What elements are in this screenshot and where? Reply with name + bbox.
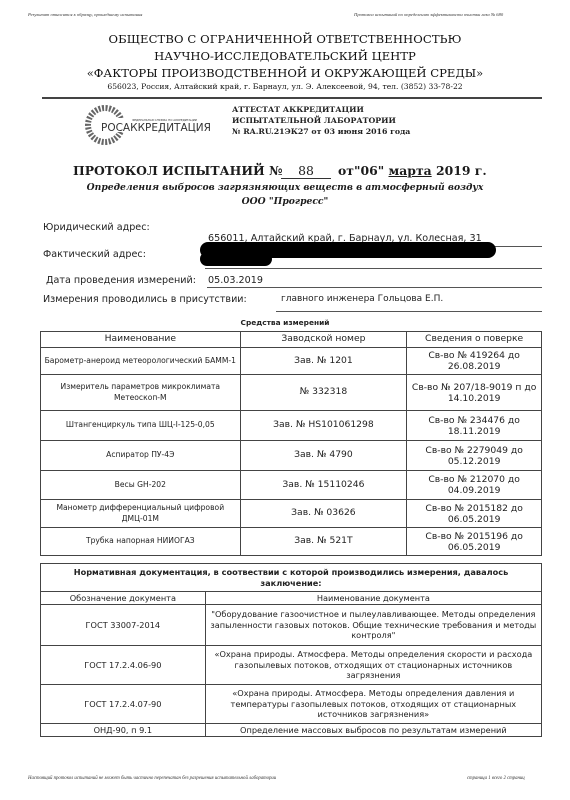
instrument-name: Весы GH-202 — [41, 471, 241, 500]
legal-address-label: Юридический адрес: — [43, 222, 150, 233]
doc-code: ГОСТ 33007-2014 — [41, 605, 206, 646]
instrument-serial: Зав. № 03626 — [240, 500, 407, 528]
instrument-serial: Зав. № 521Т — [240, 528, 407, 556]
doc-title: «Охрана природы. Атмосфера. Методы опред… — [205, 646, 541, 685]
header-divider — [42, 97, 542, 99]
doc-code: ГОСТ 17.2.4.06-90 — [41, 646, 206, 685]
instruments-table: Наименование Заводской номер Сведения о … — [40, 331, 542, 556]
col-header-serial: Заводской номер — [240, 332, 407, 348]
normative-header-row: Обозначение документа Наименование докум… — [41, 592, 542, 605]
page-counter: страница 1 всего 2 страниц — [467, 776, 525, 781]
accreditation-line-1: АТТЕСТАТ АККРЕДИТАЦИИ — [232, 104, 410, 115]
logo-emblem-icon: ФЕДЕРАЛЬНАЯ СЛУЖБА ПО АККРЕДИТАЦИИ РОСАК… — [84, 104, 214, 146]
org-line-3: «ФАКТОРЫ ПРОИЗВОДСТВЕННОЙ И ОКРУЖАЮЩЕЙ С… — [0, 66, 570, 80]
table-row: Измеритель параметров микроклимата Метео… — [41, 375, 542, 411]
normative-caption: Нормативная документация, в соотвествии … — [41, 564, 542, 592]
instrument-verification: Св-во № 207/18-9019 п до 14.10.2019 — [407, 375, 542, 411]
presence-label: Измерения проводились в присутствии: — [43, 294, 247, 305]
protocol-day: "06" — [354, 163, 384, 178]
doc-title: Определение массовых выбросов по результ… — [205, 724, 541, 737]
table-row: ГОСТ 17.2.4.07-90 «Охрана природы. Атмос… — [41, 685, 542, 724]
protocol-company: ООО "Прогресс" — [0, 196, 570, 207]
org-line-1: ОБЩЕСТВО С ОГРАНИЧЕННОЙ ОТВЕТСТВЕННОСТЬЮ — [0, 32, 570, 46]
table-row: ОНД-90, п 9.1 Определение массовых выбро… — [41, 724, 542, 737]
table-row: Весы GH-202 Зав. № 15110246 Св-во № 2120… — [41, 471, 542, 500]
table-row: Аспиратор ПУ-4Э Зав. № 4790 Св-во № 2279… — [41, 441, 542, 471]
protocol-number: 88 — [281, 163, 331, 179]
protocol-from: от — [338, 163, 354, 178]
instrument-verification: Св-во № 2279049 до 05.12.2019 — [407, 441, 542, 471]
protocol-year: 2019 г. — [436, 163, 487, 178]
instrument-name: Измеритель параметров микроклимата Метео… — [41, 375, 241, 411]
accreditation-block: АТТЕСТАТ АККРЕДИТАЦИИ ИСПЫТАТЕЛЬНОЙ ЛАБО… — [232, 104, 410, 137]
protocol-month: марта — [388, 163, 431, 178]
rosaccreditation-logo: ФЕДЕРАЛЬНАЯ СЛУЖБА ПО АККРЕДИТАЦИИ РОСАК… — [84, 104, 214, 146]
col-header-verification: Сведения о поверке — [407, 332, 542, 348]
doc-title: "Оборудование газоочистное и пылеулавлив… — [205, 605, 541, 646]
instrument-verification: Св-во № 2015196 до 06.05.2019 — [407, 528, 542, 556]
instrument-serial: Зав. № 15110246 — [240, 471, 407, 500]
table-row: Манометр дифференциальный цифровой ДМЦ-0… — [41, 500, 542, 528]
doc-code: ОНД-90, п 9.1 — [41, 724, 206, 737]
header-note-right: Протокол испытаний по определению эффект… — [354, 12, 503, 17]
redacted-address-tail — [200, 252, 272, 266]
presence-underline — [276, 311, 542, 312]
instrument-verification: Св-во № 419264 до 26.08.2019 — [407, 348, 542, 375]
instrument-serial: Зав. № HS101061298 — [240, 411, 407, 441]
table-row: Трубка напорная НИИОГАЗ Зав. № 521Т Св-в… — [41, 528, 542, 556]
presence-value: главного инженера Гольцова Е.П. — [281, 294, 443, 304]
svg-text:РОСАККРЕДИТАЦИЯ: РОСАККРЕДИТАЦИЯ — [101, 122, 211, 134]
instrument-name: Штангенциркуль типа ШЦ-I-125-0,05 — [41, 411, 241, 441]
col-header-doc-code: Обозначение документа — [41, 592, 206, 605]
instrument-name: Манометр дифференциальный цифровой ДМЦ-0… — [41, 500, 241, 528]
actual-address-underline — [205, 268, 542, 269]
normative-caption-row: Нормативная документация, в соотвествии … — [41, 564, 542, 592]
table-row: ГОСТ 33007-2014 "Оборудование газоочистн… — [41, 605, 542, 646]
instruments-header-row: Наименование Заводской номер Сведения о … — [41, 332, 542, 348]
actual-address-label: Фактический адрес: — [43, 249, 146, 260]
measurement-date-value: 05.03.2019 — [208, 275, 263, 286]
col-header-name: Наименование — [41, 332, 241, 348]
org-line-2: НАУЧНО-ИССЛЕДОВАТЕЛЬСКИЙ ЦЕНТР — [0, 49, 570, 63]
protocol-date: "06" марта 2019 г. — [354, 163, 487, 178]
instrument-serial: Зав. № 4790 — [240, 441, 407, 471]
measurement-date-label: Дата проведения измерений: — [46, 275, 196, 286]
instrument-name: Аспиратор ПУ-4Э — [41, 441, 241, 471]
org-address: 656023, Россия, Алтайский край, г. Барна… — [0, 82, 570, 91]
instrument-name: Трубка напорная НИИОГАЗ — [41, 528, 241, 556]
instrument-serial: № 332318 — [240, 375, 407, 411]
instrument-name: Барометр-анероид метеорологический БАММ-… — [41, 348, 241, 375]
doc-code: ГОСТ 17.2.4.07-90 — [41, 685, 206, 724]
doc-title: «Охрана природы. Атмосфера. Методы опред… — [205, 685, 541, 724]
footer-note: Настоящий протокол испытаний не может бы… — [28, 776, 276, 781]
instrument-verification: Св-во № 212070 до 04.09.2019 — [407, 471, 542, 500]
instrument-verification: Св-во № 2015182 до 06.05.2019 — [407, 500, 542, 528]
protocol-subtitle: Определения выбросов загрязняющих вещест… — [0, 182, 570, 193]
accreditation-line-3: № RA.RU.21ЭК27 от 03 июня 2016 года — [232, 126, 410, 137]
measurement-date-underline — [207, 287, 542, 288]
table-row: Штангенциркуль типа ШЦ-I-125-0,05 Зав. №… — [41, 411, 542, 441]
instruments-caption: Средства измерений — [0, 318, 570, 327]
instrument-serial: Зав. № 1201 — [240, 348, 407, 375]
header-note-left: Результат относится к образцу, прошедшем… — [28, 12, 142, 17]
instrument-verification: Св-во № 234476 до 18.11.2019 — [407, 411, 542, 441]
col-header-doc-title: Наименование документа — [205, 592, 541, 605]
table-row: Барометр-анероид метеорологический БАММ-… — [41, 348, 542, 375]
protocol-title: ПРОТОКОЛ ИСПЫТАНИЙ № — [73, 163, 283, 178]
table-row: ГОСТ 17.2.4.06-90 «Охрана природы. Атмос… — [41, 646, 542, 685]
normative-table: Нормативная документация, в соотвествии … — [40, 563, 542, 737]
accreditation-line-2: ИСПЫТАТЕЛЬНОЙ ЛАБОРАТОРИИ — [232, 115, 410, 126]
